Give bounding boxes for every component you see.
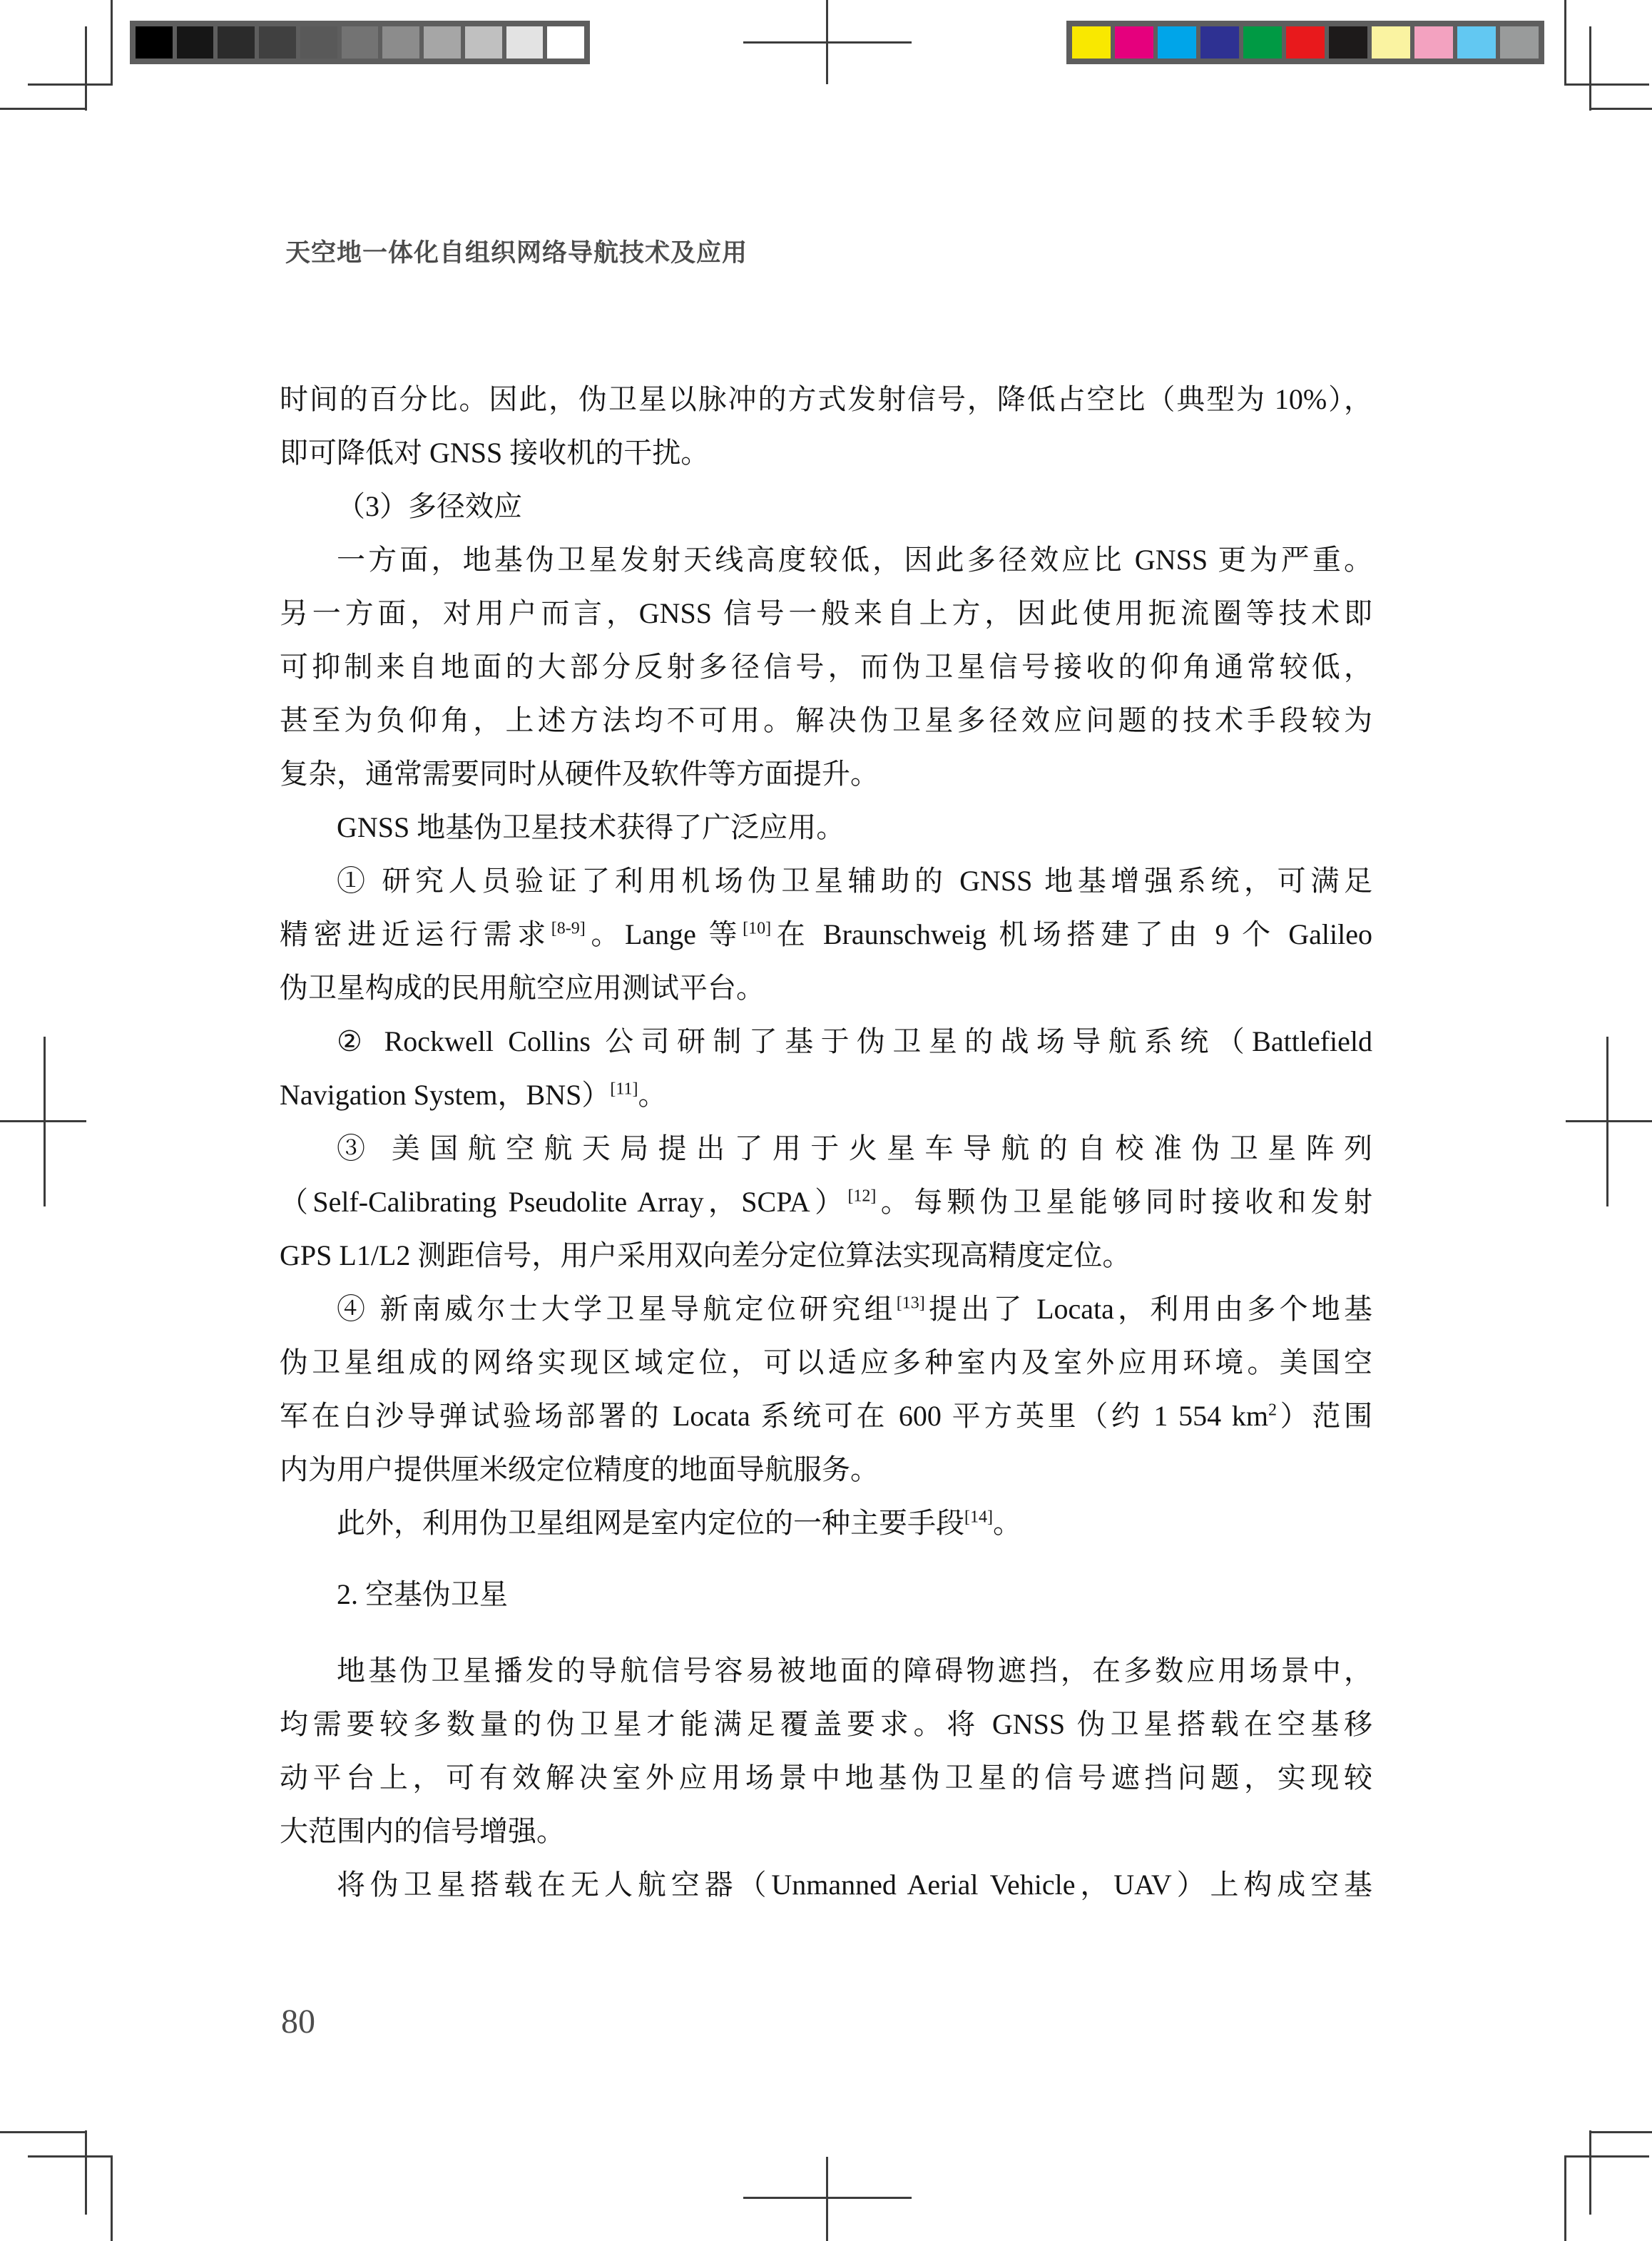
text-line: GNSS 地基伪卫星技术获得了广泛应用。 [280,801,1372,854]
calibration-swatch [300,26,337,59]
crop-mark [111,2155,113,2241]
body-text: 时间的百分比。因此，伪卫星以脉冲的方式发射信号，降低占空比（典型为 10%），即… [280,372,1372,1911]
reference-superscript: [13] [897,1294,925,1313]
text-line: （3）多径效应 [280,479,1372,533]
text-line: 可抑制来自地面的大部分反射多径信号，而伪卫星信号接收的仰角通常较低， [280,640,1372,693]
crop-mark [1564,2155,1649,2158]
reference-superscript: [11] [610,1080,638,1099]
text-line: 伪卫星组成的网络实现区域定位，可以适应多种室内及室外应用环境。美国空 [280,1336,1372,1389]
calibration-swatch [506,26,544,59]
calibration-swatch [1457,26,1496,59]
calibration-swatch [218,26,255,59]
reference-superscript: [10] [743,920,771,938]
calibration-swatch [1286,26,1325,59]
crop-mark [743,2197,912,2199]
reference-superscript: 2 [1268,1401,1277,1420]
crop-mark [1589,2130,1591,2215]
crop-mark [0,108,87,110]
book-page: { "page": { "running_head": "天空地一体化自组织网络… [0,0,1652,2241]
page-number: 80 [281,2002,315,2041]
crop-mark [1589,2131,1652,2133]
text-line: 时间的百分比。因此，伪卫星以脉冲的方式发射信号，降低占空比（典型为 10%）， [280,372,1372,426]
text-line: 动平台上，可有效解决室外应用场景中地基伪卫星的信号遮挡问题，实现较 [280,1751,1372,1804]
crop-mark [1564,0,1566,86]
calibration-swatch [465,26,502,59]
text-line: 大范围内的信号增强。 [280,1804,1372,1858]
reference-superscript: [8-9] [551,920,586,938]
calibration-swatch [259,26,296,59]
reference-superscript: [12] [847,1187,876,1206]
color-calibration-bar [1066,21,1544,64]
crop-mark [1566,1120,1652,1122]
section-heading: 2. 空基伪卫星 [280,1567,1372,1621]
calibration-swatch [1072,26,1111,59]
reference-superscript: [14] [964,1508,993,1527]
crop-mark [1564,2155,1566,2241]
text-line: 精密进近运行需求[8-9]。Lange 等[10]在 Braunschweig … [280,908,1372,961]
calibration-swatch [1158,26,1196,59]
text-line: 将伪卫星搭载在无人航空器（Unmanned Aerial Vehicle，UAV… [280,1858,1372,1911]
text-line: 一方面，地基伪卫星发射天线高度较低，因此多径效应比 GNSS 更为严重。 [280,533,1372,586]
text-line: ③ 美国航空航天局提出了用于火星车导航的自校准伪卫星阵列 [280,1122,1372,1175]
calibration-swatch [1329,26,1367,59]
calibration-swatch [1372,26,1410,59]
text-line: （Self-Calibrating Pseudolite Array，SCPA）… [280,1175,1372,1229]
text-line: ④ 新南威尔士大学卫星导航定位研究组[13]提出了 Locata，利用由多个地基 [280,1282,1372,1336]
crop-mark [0,2131,87,2133]
calibration-swatch [424,26,461,59]
text-line: ② Rockwell Collins 公司研制了基于伪卫星的战场导航系统（Bat… [280,1015,1372,1068]
calibration-swatch [1200,26,1239,59]
crop-mark [28,2155,113,2158]
crop-mark [1564,83,1649,86]
text-line: 地基伪卫星播发的导航信号容易被地面的障碍物遮挡，在多数应用场景中， [280,1644,1372,1697]
text-line: GPS L1/L2 测距信号，用户采用双向差分定位算法实现高精度定位。 [280,1229,1372,1282]
text-line: 此外，利用伪卫星组网是室内定位的一种主要手段[14]。 [280,1496,1372,1550]
crop-mark [1589,26,1591,111]
text-line: 均需要较多数量的伪卫星才能满足覆盖要求。将 GNSS 伪卫星搭载在空基移 [280,1697,1372,1751]
calibration-swatch [1500,26,1539,59]
text-line: 军在白沙导弹试验场部署的 Locata 系统可在 600 平方英里（约 1 55… [280,1389,1372,1443]
crop-mark [85,2130,87,2215]
calibration-swatch [177,26,214,59]
running-head: 天空地一体化自组织网络导航技术及应用 [285,233,748,269]
calibration-swatch [136,26,173,59]
text-line: Navigation System，BNS）[11]。 [280,1068,1372,1122]
text-line: 即可降低对 GNSS 接收机的干扰。 [280,426,1372,479]
crop-mark [0,1120,86,1122]
crop-mark [28,83,113,86]
text-line: 甚至为负仰角，上述方法均不可用。解决伪卫星多径效应问题的技术手段较为 [280,693,1372,747]
text-line: 复杂，通常需要同时从硬件及软件等方面提升。 [280,747,1372,801]
calibration-swatch [547,26,584,59]
crop-mark [1589,108,1652,110]
text-line: 伪卫星构成的民用航空应用测试平台。 [280,961,1372,1015]
text-line: ① 研究人员验证了利用机场伪卫星辅助的 GNSS 地基增强系统，可满足 [280,854,1372,908]
calibration-swatch [342,26,379,59]
calibration-swatch [382,26,419,59]
calibration-swatch [1414,26,1453,59]
text-line: 内为用户提供厘米级定位精度的地面导航服务。 [280,1443,1372,1496]
calibration-swatch [1115,26,1153,59]
text-line: 另一方面，对用户而言，GNSS 信号一般来自上方，因此使用扼流圈等技术即 [280,586,1372,640]
crop-mark [826,2157,828,2241]
grayscale-calibration-bar [130,21,590,64]
crop-mark [85,26,87,111]
crop-mark [743,41,912,44]
calibration-swatch [1243,26,1282,59]
crop-mark [111,0,113,86]
